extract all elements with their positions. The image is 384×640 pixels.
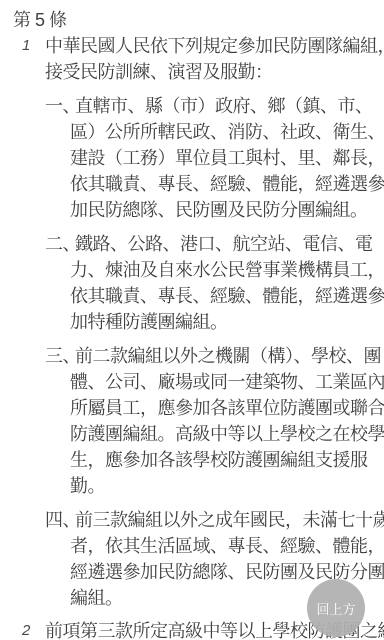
item-line: 四、前三款編組以外之成年國民，未滿七十歲: [45, 507, 370, 533]
paragraph-1: 1 中華民國人民依下列規定參加民防團隊編組， 接受民防訓練、演習及服勤：: [13, 33, 370, 85]
item-line: 依其職責、專長、經驗、體能，經遴選參: [70, 283, 370, 309]
paragraph-text: 中華民國人民依下列規定參加民防團隊編組， 接受民防訓練、演習及服勤：: [45, 33, 384, 85]
paragraph-number: 2: [13, 618, 45, 640]
subsection-item-3: 三、前二款編組以外之機關（構）、學校、團 體、公司、廠場或同一建築物、工業區內 …: [45, 343, 370, 499]
item-line: 體、公司、廠場或同一建築物、工業區內: [70, 369, 370, 395]
item-line: 建設（工務）單位員工與村、里、鄰長，: [70, 145, 370, 171]
item-text: 鐵路、公路、港口、航空站、電信、電: [75, 231, 373, 257]
item-text: 直轄市、縣（市）政府、鄉（鎮、市、: [75, 93, 373, 119]
item-line: 加特種防護團編組。: [70, 309, 370, 335]
item-line: 三、前二款編組以外之機關（構）、學校、團: [45, 343, 370, 369]
item-label: 一、: [45, 93, 75, 119]
item-text: 前二款編組以外之機關（構）、學校、團: [75, 343, 381, 369]
item-line: 區）公所所轄民政、消防、社政、衛生、: [70, 119, 370, 145]
item-line: 加民防總隊、民防團及民防分團編組。: [70, 197, 370, 223]
item-line: 者，依其生活區域、專長、經驗、體能，: [70, 533, 370, 559]
back-to-top-button[interactable]: 回上方: [307, 579, 365, 637]
subsection-item-2: 二、鐵路、公路、港口、航空站、電信、電 力、煉油及自來水公民營事業機構員工， 依…: [45, 231, 370, 335]
paragraph-number: 1: [13, 33, 45, 59]
subsection-item-1: 一、直轄市、縣（市）政府、鄉（鎮、市、 區）公所所轄民政、消防、社政、衛生、 建…: [45, 93, 370, 223]
item-label: 二、: [45, 231, 75, 257]
item-line: 力、煉油及自來水公民營事業機構員工，: [70, 257, 370, 283]
article-heading: 第 5 條: [13, 7, 370, 33]
item-line: 一、直轄市、縣（市）政府、鄉（鎮、市、: [45, 93, 370, 119]
item-line: 依其職責、專長、經驗、體能，經遴選參: [70, 171, 370, 197]
item-label: 四、: [45, 507, 75, 533]
law-article-page: 第 5 條 1 中華民國人民依下列規定參加民防團隊編組， 接受民防訓練、演習及服…: [0, 0, 384, 640]
item-label: 三、: [45, 343, 75, 369]
item-line: 生，應參加各該學校防護團編組支援服: [70, 447, 370, 473]
item-line: 所屬員工，應參加各該單位防護團或聯合: [70, 395, 370, 421]
item-line: 防護團編組。高級中等以上學校之在校學: [70, 421, 370, 447]
item-text: 前三款編組以外之成年國民，未滿七十歲: [75, 507, 384, 533]
paragraph-line: 中華民國人民依下列規定參加民防團隊編組，: [45, 33, 384, 59]
paragraph-line: 接受民防訓練、演習及服勤：: [45, 59, 384, 85]
item-line: 二、鐵路、公路、港口、航空站、電信、電: [45, 231, 370, 257]
item-line: 勤。: [70, 473, 370, 499]
subsection-list: 一、直轄市、縣（市）政府、鄉（鎮、市、 區）公所所轄民政、消防、社政、衛生、 建…: [45, 93, 370, 611]
